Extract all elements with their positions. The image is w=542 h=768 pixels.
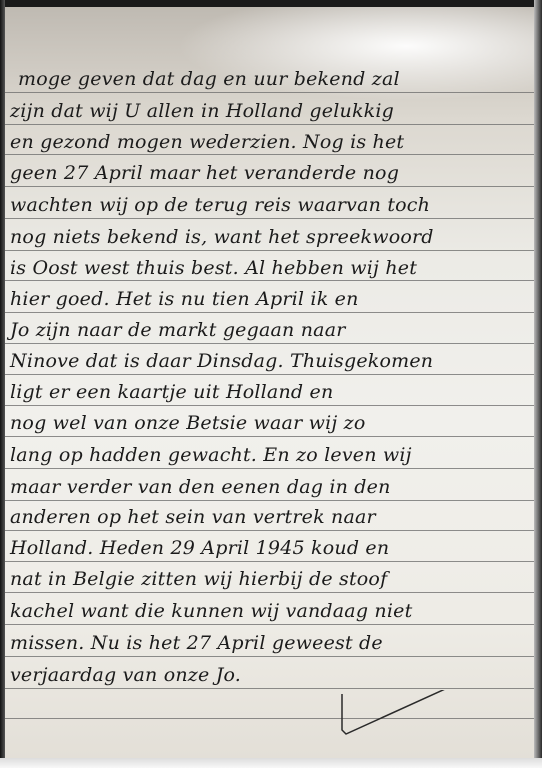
scan-bottom-edge bbox=[0, 758, 542, 768]
text-line: Ninove dat is daar Dinsdag. Thuisgekomen bbox=[10, 348, 530, 374]
text-line: moge geven dat dag en uur bekend zal bbox=[18, 66, 538, 92]
scan-right-edge bbox=[534, 0, 542, 768]
text-line: ligt er een kaartje uit Holland en bbox=[10, 379, 530, 405]
ruled-line bbox=[5, 92, 534, 93]
text-line: zijn dat wij U allen in Holland gelukkig bbox=[10, 98, 530, 124]
ruled-line bbox=[5, 405, 534, 406]
letter-page: moge geven dat dag en uur bekend zal zij… bbox=[0, 0, 542, 768]
scan-left-edge bbox=[0, 0, 5, 768]
ruled-line bbox=[5, 343, 534, 344]
text-line: kachel want die kunnen wij vandaag niet bbox=[10, 598, 530, 624]
text-line: lang op hadden gewacht. En zo leven wij bbox=[10, 442, 530, 468]
text-line: nog niets bekend is, want het spreekwoor… bbox=[10, 224, 530, 250]
text-line: hier goed. Het is nu tien April ik en bbox=[10, 286, 530, 312]
ruled-line bbox=[5, 124, 534, 125]
ruled-line bbox=[5, 250, 534, 251]
ruled-line bbox=[5, 312, 534, 313]
ruled-line bbox=[5, 561, 534, 562]
ruled-line bbox=[5, 500, 534, 501]
text-line: nat in Belgie zitten wij hierbij de stoo… bbox=[10, 566, 530, 592]
text-line: en gezond mogen wederzien. Nog is het bbox=[10, 129, 530, 155]
ruled-line bbox=[5, 374, 534, 375]
scan-top-shadow bbox=[0, 0, 542, 7]
text-line: nog wel van onze Betsie waar wij zo bbox=[10, 410, 530, 436]
text-line: missen. Nu is het 27 April geweest de bbox=[10, 630, 530, 656]
ruled-line bbox=[5, 656, 534, 657]
text-line: is Oost west thuis best. Al hebben wij h… bbox=[10, 255, 530, 281]
text-line: geen 27 April maar het veranderde nog bbox=[10, 160, 530, 186]
text-line: anderen op het sein van vertrek naar bbox=[10, 504, 530, 530]
ruled-line bbox=[5, 624, 534, 625]
ruled-line bbox=[5, 530, 534, 531]
ruled-line bbox=[5, 468, 534, 469]
closing-flourish-icon bbox=[340, 690, 470, 750]
text-line: maar verder van den eenen dag in den bbox=[10, 474, 530, 500]
text-line: wachten wij op de terug reis waarvan toc… bbox=[10, 192, 530, 218]
ruled-line bbox=[5, 592, 534, 593]
ruled-line bbox=[5, 436, 534, 437]
text-line: Jo zijn naar de markt gegaan naar bbox=[10, 317, 530, 343]
text-line: Holland. Heden 29 April 1945 koud en bbox=[10, 535, 530, 561]
ruled-line bbox=[5, 186, 534, 187]
ruled-line bbox=[5, 218, 534, 219]
ruled-line bbox=[5, 688, 534, 689]
text-line: verjaardag van onze Jo. bbox=[10, 662, 530, 688]
